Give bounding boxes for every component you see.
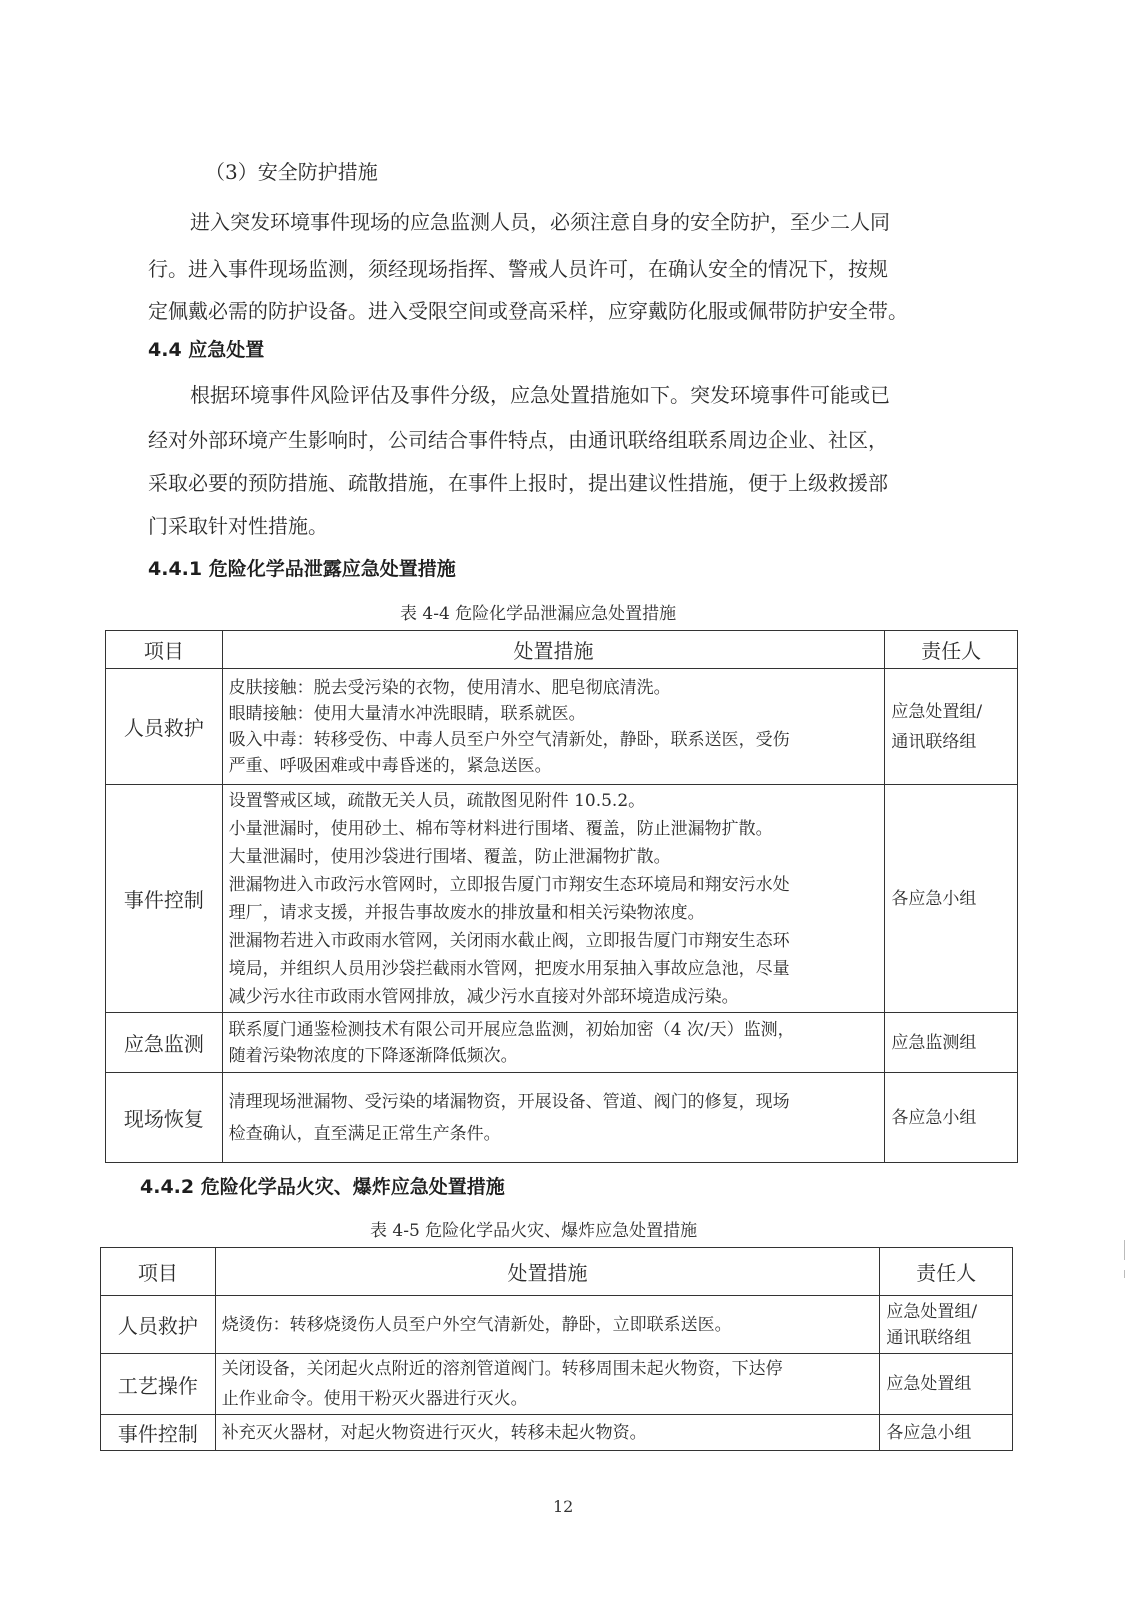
paragraph-line: 门采取针对性措施。 [148, 514, 328, 538]
measure-line: 设置警戒区域，疏散无关人员，疏散图见附件 10.5.2。 [229, 787, 879, 815]
scan-artifact [1124, 1270, 1125, 1278]
table-row: 现场恢复 清理现场泄漏物、受污染的堵漏物资，开展设备、管道、阀门的修复，现场 检… [106, 1073, 1018, 1163]
paragraph-line: 根据环境事件风险评估及事件分级，应急处置措施如下。突发环境事件可能或已 [190, 383, 890, 407]
row-measures: 联系厦门通鉴检测技术有限公司开展应急监测，初始加密（4 次/天）监测， 随着污染… [222, 1013, 885, 1073]
subsection-title: （3）安全防护措施 [205, 160, 378, 184]
measure-line: 泄漏物若进入市政雨水管网，关闭雨水截止阀，立即报告厦门市翔安生态环 [229, 927, 879, 955]
paragraph-line: 进入突发环境事件现场的应急监测人员，必须注意自身的安全防护，至少二人同 [190, 210, 890, 234]
scan-artifact [1124, 1240, 1125, 1260]
header-item: 项目 [101, 1248, 216, 1296]
owner-line: 各应急小组 [891, 1103, 1011, 1133]
owner-line: 通讯联络组 [886, 1325, 1006, 1351]
section-heading: 4.4.1 危险化学品泄露应急处置措施 [148, 554, 456, 581]
measure-line: 小量泄漏时，使用砂土、棉布等材料进行围堵、覆盖，防止泄漏物扩散。 [229, 815, 879, 843]
table-caption: 表 4-5 危险化学品火灾、爆炸应急处置措施 [370, 1216, 697, 1241]
paragraph-line: 采取必要的预防措施、疏散措施，在事件上报时，提出建议性措施，便于上级救援部 [148, 471, 888, 495]
document-page: （3）安全防护措施 进入突发环境事件现场的应急监测人员，必须注意自身的安全防护，… [0, 0, 1132, 1600]
section-heading: 4.4.2 危险化学品火灾、爆炸应急处置措施 [140, 1172, 505, 1199]
row-item: 应急监测 [106, 1013, 223, 1073]
measure-line: 烧烫伤：转移烧烫伤人员至户外空气清新处，静卧，立即联系送医。 [222, 1312, 874, 1338]
measure-line: 减少污水往市政雨水管网排放，减少污水直接对外部环境造成污染。 [229, 983, 879, 1011]
row-item: 事件控制 [101, 1415, 216, 1451]
table-row: 人员救护 皮肤接触：脱去受污染的衣物，使用清水、肥皂彻底清洗。 眼睛接触：使用大… [106, 669, 1018, 785]
header-owner: 责任人 [885, 631, 1018, 669]
measure-line: 止作业命令。使用干粉灭火器进行灭火。 [222, 1384, 874, 1414]
table-row: 应急监测 联系厦门通鉴检测技术有限公司开展应急监测，初始加密（4 次/天）监测，… [106, 1013, 1018, 1073]
measure-line: 理厂，请求支援，并报告事故废水的排放量和相关污染物浓度。 [229, 899, 879, 927]
row-owner: 各应急小组 [880, 1415, 1013, 1451]
row-item: 现场恢复 [106, 1073, 223, 1163]
owner-line: 各应急小组 [886, 1418, 1006, 1448]
row-owner: 应急处置组 [880, 1354, 1013, 1415]
owner-line: 应急监测组 [891, 1028, 1011, 1058]
measure-line: 补充灭火器材，对起火物资进行灭火，转移未起火物资。 [222, 1420, 874, 1446]
owner-line: 应急处置组/ [886, 1299, 1006, 1325]
table-row: 事件控制 补充灭火器材，对起火物资进行灭火，转移未起火物资。 各应急小组 [101, 1415, 1013, 1451]
section-heading: 4.4 应急处置 [148, 335, 264, 362]
table-caption: 表 4-4 危险化学品泄漏应急处置措施 [400, 599, 676, 624]
owner-line: 应急处置组/ [891, 697, 1011, 727]
row-item: 工艺操作 [101, 1354, 216, 1415]
measure-line: 联系厦门通鉴检测技术有限公司开展应急监测，初始加密（4 次/天）监测， [229, 1017, 879, 1043]
fire-explosion-response-table: 项目 处置措施 责任人 人员救护 烧烫伤：转移烧烫伤人员至户外空气清新处，静卧，… [100, 1247, 1013, 1451]
measure-line: 检查确认，直至满足正常生产条件。 [229, 1118, 879, 1150]
row-measures: 清理现场泄漏物、受污染的堵漏物资，开展设备、管道、阀门的修复，现场 检查确认，直… [222, 1073, 885, 1163]
header-measures: 处置措施 [222, 631, 885, 669]
row-item: 人员救护 [101, 1296, 216, 1354]
measure-line: 清理现场泄漏物、受污染的堵漏物资，开展设备、管道、阀门的修复，现场 [229, 1086, 879, 1118]
header-owner: 责任人 [880, 1248, 1013, 1296]
row-measures: 关闭设备，关闭起火点附近的溶剂管道阀门。转移周围未起火物资，下达停 止作业命令。… [215, 1354, 880, 1415]
measure-line: 严重、呼吸困难或中毒昏迷的，紧急送医。 [229, 753, 879, 779]
row-owner: 各应急小组 [885, 785, 1018, 1013]
table-row: 人员救护 烧烫伤：转移烧烫伤人员至户外空气清新处，静卧，立即联系送医。 应急处置… [101, 1296, 1013, 1354]
measure-line: 关闭设备，关闭起火点附近的溶剂管道阀门。转移周围未起火物资，下达停 [222, 1354, 874, 1384]
table-row: 工艺操作 关闭设备，关闭起火点附近的溶剂管道阀门。转移周围未起火物资，下达停 止… [101, 1354, 1013, 1415]
leak-response-table: 项目 处置措施 责任人 人员救护 皮肤接触：脱去受污染的衣物，使用清水、肥皂彻底… [105, 630, 1018, 1163]
row-item: 人员救护 [106, 669, 223, 785]
measure-line: 泄漏物进入市政污水管网时，立即报告厦门市翔安生态环境局和翔安污水处 [229, 871, 879, 899]
measure-line: 境局，并组织人员用沙袋拦截雨水管网，把废水用泵抽入事故应急池，尽量 [229, 955, 879, 983]
paragraph-line: 定佩戴必需的防护设备。进入受限空间或登高采样，应穿戴防化服或佩带防护安全带。 [148, 299, 908, 323]
row-measures: 皮肤接触：脱去受污染的衣物，使用清水、肥皂彻底清洗。 眼睛接触：使用大量清水冲洗… [222, 669, 885, 785]
row-measures: 设置警戒区域，疏散无关人员，疏散图见附件 10.5.2。 小量泄漏时，使用砂土、… [222, 785, 885, 1013]
row-owner: 应急监测组 [885, 1013, 1018, 1073]
paragraph-line: 行。进入事件现场监测，须经现场指挥、警戒人员许可，在确认安全的情况下，按规 [148, 257, 888, 281]
table-header-row: 项目 处置措施 责任人 [101, 1248, 1013, 1296]
measure-line: 大量泄漏时，使用沙袋进行围堵、覆盖，防止泄漏物扩散。 [229, 843, 879, 871]
paragraph-line: 经对外部环境产生影响时，公司结合事件特点，由通讯联络组联系周边企业、社区， [148, 428, 888, 452]
owner-line: 通讯联络组 [891, 727, 1011, 757]
owner-line: 各应急小组 [891, 884, 1011, 914]
measure-line: 随着污染物浓度的下降逐渐降低频次。 [229, 1043, 879, 1069]
measure-line: 吸入中毒：转移受伤、中毒人员至户外空气清新处，静卧，联系送医，受伤 [229, 727, 879, 753]
measure-line: 眼睛接触：使用大量清水冲洗眼睛，联系就医。 [229, 701, 879, 727]
row-item: 事件控制 [106, 785, 223, 1013]
row-owner: 各应急小组 [885, 1073, 1018, 1163]
row-owner: 应急处置组/ 通讯联络组 [880, 1296, 1013, 1354]
page-number: 12 [553, 1497, 573, 1516]
measure-line: 皮肤接触：脱去受污染的衣物，使用清水、肥皂彻底清洗。 [229, 675, 879, 701]
table-row: 事件控制 设置警戒区域，疏散无关人员，疏散图见附件 10.5.2。 小量泄漏时，… [106, 785, 1018, 1013]
header-measures: 处置措施 [215, 1248, 880, 1296]
row-measures: 补充灭火器材，对起火物资进行灭火，转移未起火物资。 [215, 1415, 880, 1451]
row-measures: 烧烫伤：转移烧烫伤人员至户外空气清新处，静卧，立即联系送医。 [215, 1296, 880, 1354]
header-item: 项目 [106, 631, 223, 669]
table-header-row: 项目 处置措施 责任人 [106, 631, 1018, 669]
row-owner: 应急处置组/ 通讯联络组 [885, 669, 1018, 785]
owner-line: 应急处置组 [886, 1369, 1006, 1399]
